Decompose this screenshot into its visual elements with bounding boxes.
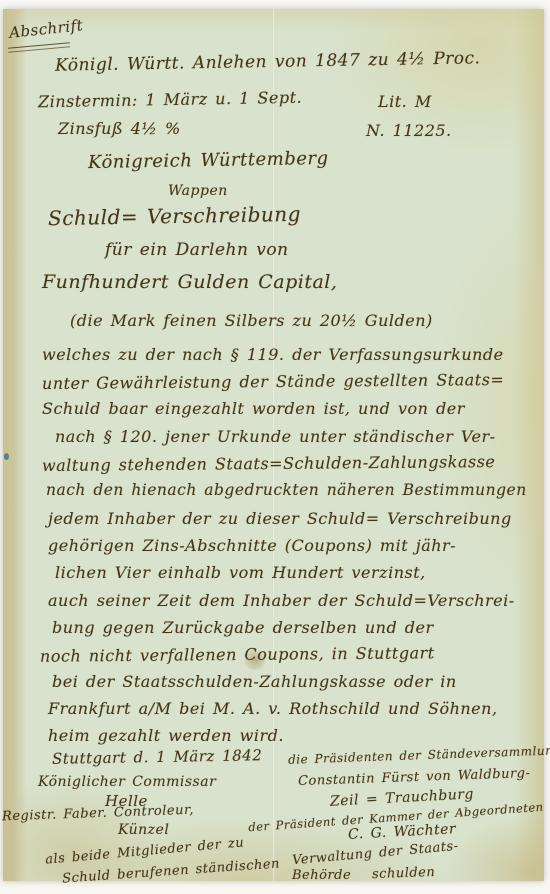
body-line: gehörigen Zins-Abschnitte (Coupons) mit … — [48, 536, 456, 555]
title-wappen-note: Wappen — [168, 183, 228, 199]
title-silver-note: (die Mark feinen Silbers zu 20½ Gulden) — [70, 311, 433, 330]
header-number: N. 11225. — [366, 121, 452, 140]
body-line: auch seiner Zeit dem Inhaber der Schuld=… — [48, 591, 515, 610]
body-line: Frankfurt a/M bei M. A. v. Rothschild un… — [48, 699, 498, 718]
body-line: bei der Staatsschulden-Zahlungskasse ode… — [52, 672, 457, 691]
title-subtitle: für ein Darlehn von — [105, 240, 289, 260]
body-line: noch nicht verfallenen Coupons, in Stutt… — [40, 643, 435, 665]
title-kingdom: Königreich Württemberg — [88, 148, 329, 173]
body-line: bung gegen Zurückgabe derselben und der — [52, 618, 434, 637]
body-line: nach § 120. jener Urkunde unter ständisc… — [55, 427, 496, 446]
header-interest-rate: Zinsfuß 4½ % — [58, 119, 181, 138]
body-line: jedem Inhaber der zu dieser Schuld= Vers… — [48, 509, 512, 528]
title-amount: Funfhundert Gulden Capital, — [42, 271, 337, 293]
body-line: waltung stehenden Staats=Schulden-Zahlun… — [42, 452, 496, 475]
body-line: unter Gewährleistung der Stände gestellt… — [42, 370, 504, 393]
header-lit: Lit. M — [378, 92, 432, 111]
signature-left: Künzel — [118, 822, 169, 838]
body-line: nach den hienach abgedruckten näheren Be… — [46, 481, 527, 499]
signature-left: Königlicher Commissar — [38, 774, 216, 790]
title-doc-title: Schuld= Verschreibung — [48, 202, 301, 230]
body-line: welches zu der nach § 119. der Verfassun… — [42, 345, 504, 364]
body-line: heim gezahlt werden wird. — [48, 726, 284, 745]
signature-right: Behörde — [292, 868, 351, 883]
scanned-document: Abschrift Königl. Württ. Anlehen von 184… — [0, 0, 550, 894]
body-line: Schuld baar eingezahlt worden ist, und v… — [42, 399, 465, 418]
signature-right: schulden — [372, 865, 436, 882]
blue-fleck-mark — [4, 453, 9, 460]
body-line: lichen Vier einhalb vom Hundert verzinst… — [55, 563, 426, 582]
dateline: Stuttgart d. 1 März 1842 — [52, 746, 263, 768]
